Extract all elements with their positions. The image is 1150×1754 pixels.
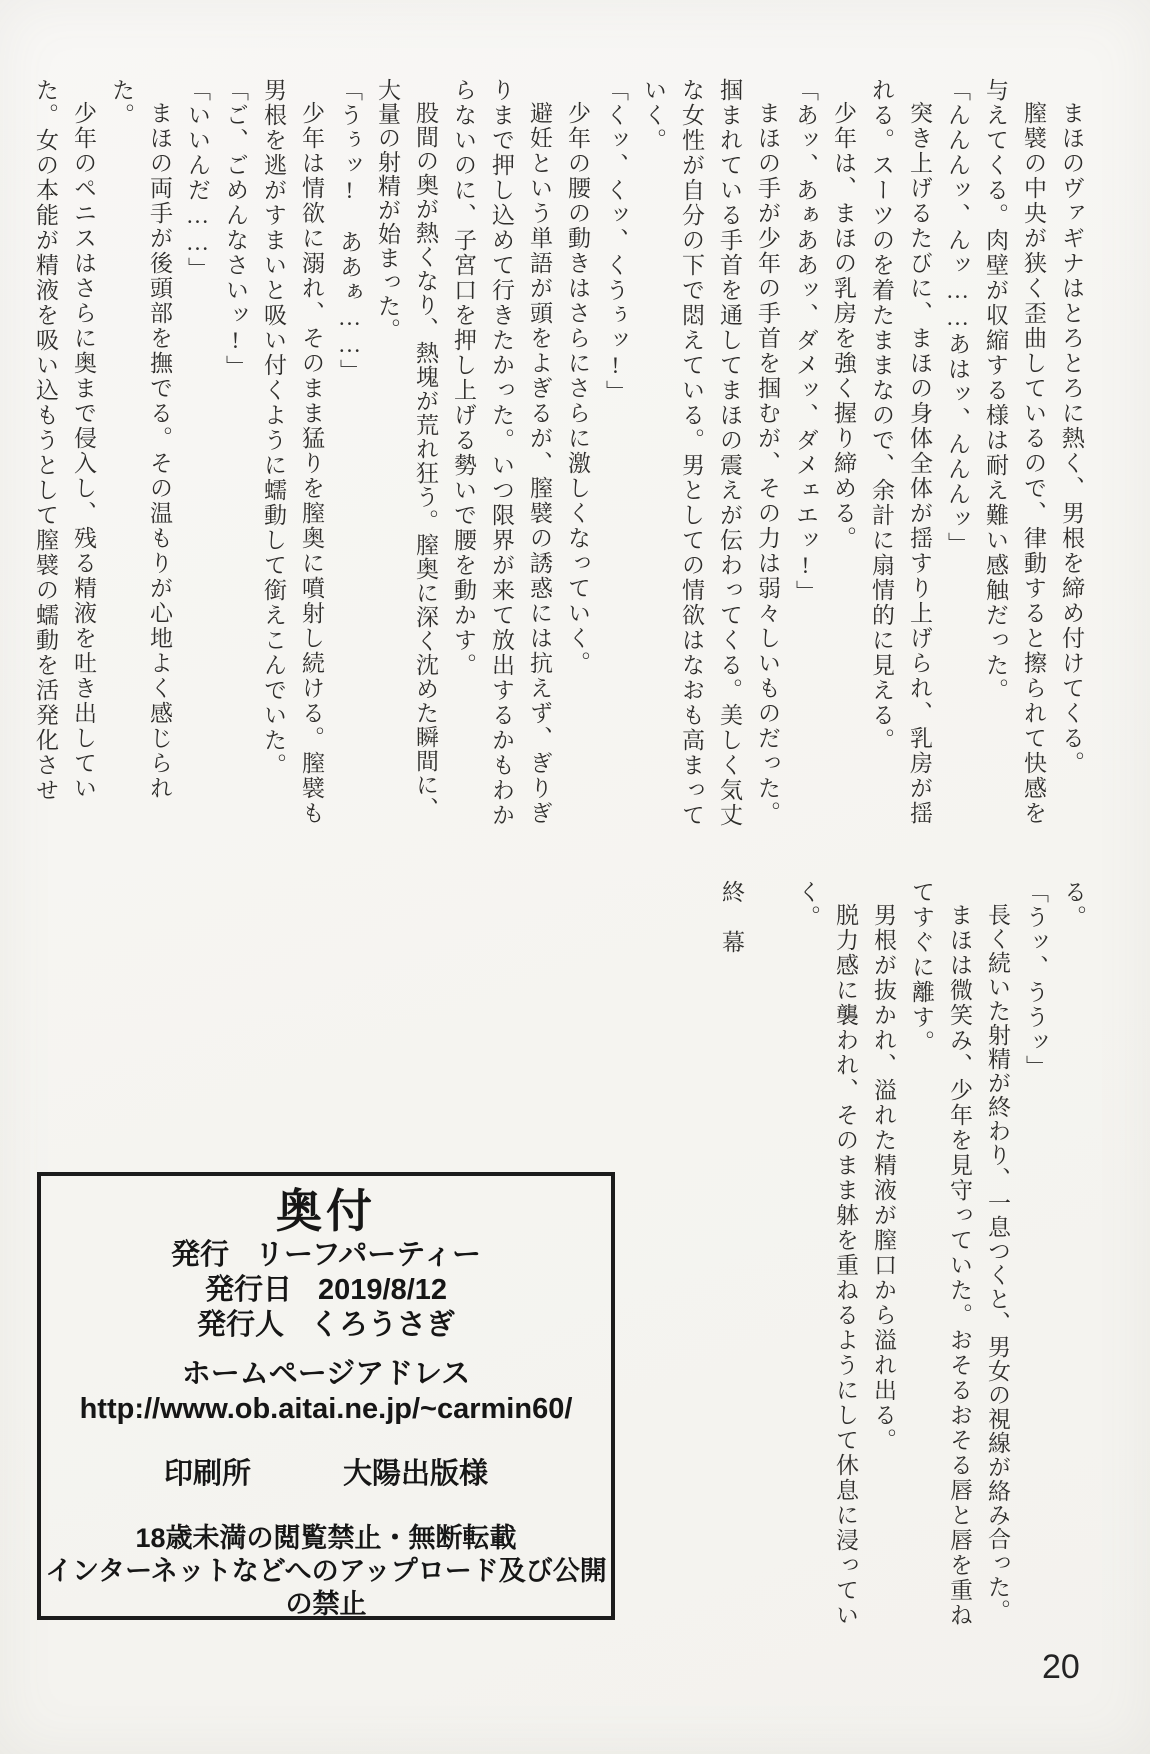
issuer-line: 発行人 くろうさぎ — [41, 1308, 611, 1343]
story-paragraph: 男根が抜かれ、溢れた精液が膣口から溢れ出る。 — [864, 880, 902, 1634]
story-paragraph: 少年の腰の動きはさらにさらに激しくなっていく。 — [558, 78, 596, 832]
publish-date-value: 2019/8/12 — [318, 1273, 447, 1308]
age-restriction-notice: 18歳未満の閲覧禁止・無断転載 — [41, 1522, 611, 1555]
story-paragraph: 長く続いた射精が終わり、一息つくと、男女の視線が絡み合った。 — [978, 880, 1016, 1634]
story-paragraph: まほの両手が後頭部を撫でる。その温もりが心地よく感じられた。 — [102, 78, 178, 832]
story-paragraph: 脱力感に襲われ、そのまま躰を重ねるようにして休息に浸っていく。 — [788, 880, 864, 1634]
publish-date-label: 発行日 — [205, 1273, 292, 1308]
issuer-label: 発行人 — [197, 1308, 284, 1343]
issuer-value: くろうさぎ — [310, 1308, 455, 1343]
publisher-label: 発行 — [171, 1238, 229, 1273]
page-number: 20 — [1042, 1648, 1080, 1687]
story-dialogue: 「くッ、くッ、くうぅッ!」 — [596, 78, 634, 832]
story-paragraph: 避妊という単語が頭をよぎるが、膣襞の誘惑には抗えず、ぎりぎりまで押し込めて行きた… — [444, 78, 558, 832]
story-paragraph: まほのヴァギナはとろとろに熱く、男根を締め付けてくる。 — [1052, 78, 1090, 832]
story-text-block-bottom: る。 「うッ、ううッ」 長く続いた射精が終わり、一息つくと、男女の視線が絡み合っ… — [712, 880, 1092, 1634]
upload-prohibition-notice: インターネットなどへのアップロード及び公開の禁止 — [41, 1555, 611, 1621]
colophon-box: 奥付 発行 リーフパーティー 発行日 2019/8/12 発行人 くろうさぎ ホ… — [37, 1172, 615, 1620]
colophon-title: 奥付 — [41, 1184, 611, 1238]
printer-line: 印刷所 大陽出版様 — [41, 1457, 611, 1492]
story-paragraph: 股間の奥が熱くなり、熱塊が荒れ狂う。膣奥に深く沈めた瞬間に、大量の射精が始まった… — [368, 78, 444, 832]
story-dialogue: 「うッ、ううッ」 — [1016, 880, 1054, 1634]
story-paragraph: る。 — [1054, 880, 1092, 1634]
printer-value: 大陽出版様 — [343, 1457, 488, 1492]
story-paragraph: 少年は情欲に溺れ、そのまま猛りを膣奥に噴射し続ける。膣襞も男根を逃がすまいと吸い… — [254, 78, 330, 832]
story-paragraph: 突き上げるたびに、まほの身体全体が揺すり上げられ、乳房が揺れる。スーツのを着たま… — [862, 78, 938, 832]
publish-date-line: 発行日 2019/8/12 — [41, 1273, 611, 1308]
story-paragraph: 少年のペニスはさらに奥まで侵入し、残る精液を吐き出していた。女の本能が精液を吸い… — [26, 78, 102, 832]
story-dialogue: 「うぅッ! ああぁ……」 — [330, 78, 368, 832]
story-dialogue: 「ご、ごめんなさいッ!」 — [216, 78, 254, 832]
story-text-block-top: まほのヴァギナはとろとろに熱く、男根を締め付けてくる。 膣襞の中央が狭く歪曲して… — [26, 78, 1090, 832]
homepage-label-line: ホームページアドレス — [41, 1357, 611, 1392]
story-dialogue: 「あッ、あぁああッ、ダメッ、ダメェエッ!」 — [786, 78, 824, 832]
homepage-label: ホームページアドレス — [182, 1357, 471, 1392]
story-paragraph: まほの手が少年の手首を掴むが、その力は弱々しいものだった。掴まれている手首を通し… — [634, 78, 786, 832]
story-paragraph: まほは微笑み、少年を見守っていた。おそるおそる唇と唇を重ねてすぐに離す。 — [902, 880, 978, 1634]
story-dialogue: 「んんんッ、んッ……あはッ、んんんッ」 — [938, 78, 976, 832]
story-dialogue: 「いいんだ……」 — [178, 78, 216, 832]
story-paragraph: 膣襞の中央が狭く歪曲しているので、律動すると擦られて快感を与えてくる。肉壁が収縮… — [976, 78, 1052, 832]
printer-label: 印刷所 — [164, 1457, 251, 1492]
publisher-line: 発行 リーフパーティー — [41, 1238, 611, 1273]
publisher-value: リーフパーティー — [255, 1238, 481, 1273]
homepage-url: http://www.ob.aitai.ne.jp/~carmin60/ — [41, 1392, 611, 1427]
story-paragraph: 少年は、まほの乳房を強く握り締める。 — [824, 78, 862, 832]
end-curtain-mark: 終 幕 — [712, 880, 750, 1634]
